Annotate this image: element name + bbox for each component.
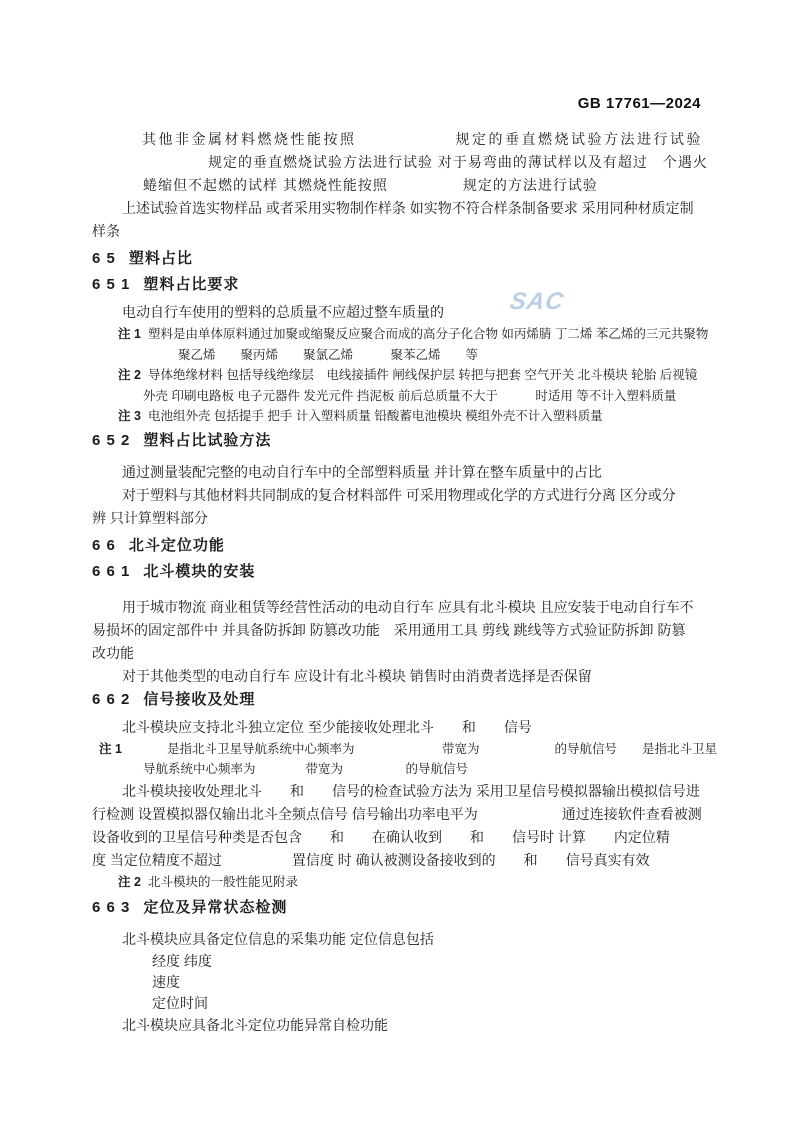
s663-list-item-2: 速度 <box>92 972 704 993</box>
s662-body-3: 行检测 设置模拟器仅输出北斗全频点信号 信号输出功率电平为 通过连接软件查看被测 <box>92 803 704 826</box>
clause-burning-line-4: 上述试验首选实物样品 或者采用实物制作样条 如实物不符合样条制备要求 采用同种材… <box>92 197 704 220</box>
heading-6-5-number: 6 5 <box>92 250 116 267</box>
s651-note-2-line-1: 注 2导体绝缘材料 包括导线绝缘层 电线接插件 闸线保护层 转把与把套 空气开关… <box>92 365 704 386</box>
s662-note-1-line-1: 注 1是指北斗卫星导航系统中心频率为 带宽为 的导航信号 是指北斗卫星 <box>92 739 704 760</box>
s663-list-item-1: 经度 纬度 <box>92 951 704 972</box>
s652-body-2: 对于塑料与其他材料共同制成的复合材料部件 可采用物理或化学的方式进行分离 区分或… <box>92 484 704 507</box>
s652-body-3: 辨 只计算塑料部分 <box>92 507 704 530</box>
s651-body: 电动自行车使用的塑料的总质量不应超过整车质量的 <box>92 301 704 324</box>
heading-6-6-1: 6 6 1北斗模块的安装 <box>92 562 704 582</box>
heading-6-6-3: 6 6 3定位及异常状态检测 <box>92 898 704 918</box>
s662-body-4: 设备收到的卫星信号种类是否包含 和 在确认收到 和 信号时 计算 内定位精 <box>92 826 704 849</box>
heading-6-6-number: 6 6 <box>92 537 116 554</box>
heading-6-6-2-title: 信号接收及处理 <box>143 691 255 708</box>
note-1-text: 是指北斗卫星导航系统中心频率为 带宽为 的导航信号 是指北斗卫星 <box>167 742 717 756</box>
clause-burning-line-2: 规定的垂直燃烧试验方法进行试验 对于易弯曲的薄试样以及有超过 个遇火 <box>92 151 704 174</box>
heading-6-6: 6 6北斗定位功能 <box>92 536 704 556</box>
s661-body-3: 改功能 <box>92 642 704 665</box>
s663-body-2: 北斗模块应具备北斗定位功能异常自检功能 <box>92 1014 704 1037</box>
heading-6-6-3-title: 定位及异常状态检测 <box>143 899 287 916</box>
s663-body-1: 北斗模块应具备定位信息的采集功能 定位信息包括 <box>92 928 704 951</box>
heading-6-5-1-title: 塑料占比要求 <box>143 276 239 293</box>
s662-body-1: 北斗模块应支持北斗独立定位 至少能接收处理北斗 和 信号 <box>92 716 704 739</box>
s662-body-5: 度 当定位精度不超过 置信度 时 确认被测设备接收到的 和 信号真实有效 <box>92 849 704 872</box>
standard-number-header: GB 17761—2024 <box>578 95 701 112</box>
heading-6-5: 6 5塑料占比 <box>92 249 704 269</box>
s651-note-1-line-1: 注 1塑料是由单体原料通过加聚或缩聚反应聚合而成的高分子化合物 如丙烯腈 丁二烯… <box>92 324 704 345</box>
s662-note-2: 注 2北斗模块的一般性能见附录 <box>92 872 704 893</box>
s661-body-4: 对于其他类型的电动自行车 应设计有北斗模块 销售时由消费者选择是否保留 <box>92 665 704 688</box>
heading-6-6-1-number: 6 6 1 <box>92 563 130 580</box>
heading-6-5-2: 6 5 2塑料占比试验方法 <box>92 431 704 451</box>
heading-6-6-2-number: 6 6 2 <box>92 691 130 708</box>
note-2-text: 导体绝缘材料 包括导线绝缘层 电线接插件 闸线保护层 转把与把套 空气开关 北斗… <box>148 368 697 382</box>
s662-note-1-line-2: 导航系统中心频率为 带宽为 的导航信号 <box>92 759 704 780</box>
note-3-text: 电池组外壳 包括提手 把手 计入塑料质量 铅酸蓄电池模块 模组外壳不计入塑料质量 <box>148 409 603 423</box>
heading-6-5-2-title: 塑料占比试验方法 <box>143 432 271 449</box>
note-2-label: 注 2 <box>118 368 141 382</box>
s662-body-2: 北斗模块接收处理北斗 和 信号的检查试验方法为 采用卫星信号模拟器输出模拟信号进 <box>92 780 704 803</box>
heading-6-5-title: 塑料占比 <box>129 250 193 267</box>
s661-body-1: 用于城市物流 商业租赁等经营性活动的电动自行车 应具有北斗模块 且应安装于电动自… <box>92 596 704 619</box>
note-2-text: 北斗模块的一般性能见附录 <box>148 875 298 889</box>
heading-6-5-1-number: 6 5 1 <box>92 276 130 293</box>
note-1-text: 塑料是由单体原料通过加聚或缩聚反应聚合而成的高分子化合物 如丙烯腈 丁二烯 苯乙… <box>148 327 708 341</box>
heading-6-6-2: 6 6 2信号接收及处理 <box>92 690 704 710</box>
s651-note-3: 注 3电池组外壳 包括提手 把手 计入塑料质量 铅酸蓄电池模块 模组外壳不计入塑… <box>92 406 704 427</box>
heading-6-5-2-number: 6 5 2 <box>92 432 130 449</box>
note-2-label: 注 2 <box>118 875 141 889</box>
note-1-label: 注 1 <box>118 327 141 341</box>
s652-body-1: 通过测量装配完整的电动自行车中的全部塑料质量 并计算在整车质量中的占比 <box>92 461 704 484</box>
clause-burning-line-5: 样条 <box>92 220 704 243</box>
clause-burning-line-1: 其他非金属材料燃烧性能按照 规定的垂直燃烧试验方法进行试验 <box>92 128 704 151</box>
note-3-label: 注 3 <box>118 409 141 423</box>
clause-burning-line-3: 蜷缩但不起燃的试样 其燃烧性能按照 规定的方法进行试验 <box>92 174 704 197</box>
s651-note-1-line-2: 聚乙烯 聚丙烯 聚氯乙烯 聚苯乙烯 等 <box>92 345 704 366</box>
s663-list-item-3: 定位时间 <box>92 993 704 1014</box>
document-page: GB 17761—2024 SAC 其他非金属材料燃烧性能按照 规定的垂直燃烧试… <box>0 0 793 1122</box>
heading-6-6-1-title: 北斗模块的安装 <box>143 563 255 580</box>
heading-6-6-3-number: 6 6 3 <box>92 899 130 916</box>
s651-note-2-line-2: 外壳 印刷电路板 电子元器件 发光元件 挡泥板 前后总质量不大于 时适用 等不计… <box>92 386 704 407</box>
heading-6-6-title: 北斗定位功能 <box>129 537 225 554</box>
heading-6-5-1: 6 5 1塑料占比要求 <box>92 275 704 295</box>
note-1-label: 注 1 <box>99 742 122 756</box>
document-content: 其他非金属材料燃烧性能按照 规定的垂直燃烧试验方法进行试验 规定的垂直燃烧试验方… <box>92 128 704 1037</box>
s661-body-2: 易损坏的固定部件中 并具备防拆卸 防篡改功能 采用通用工具 剪线 跳线等方式验证… <box>92 619 704 642</box>
